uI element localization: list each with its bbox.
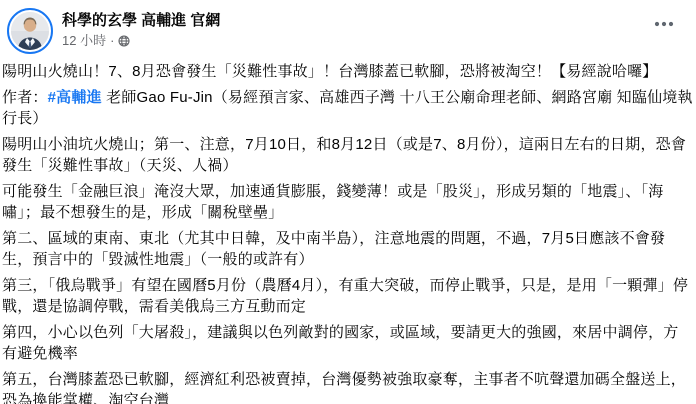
post-options-button[interactable] <box>650 12 678 32</box>
post-meta: 12 小時 · <box>62 33 220 49</box>
meta-separator: · <box>110 33 114 49</box>
timestamp-link[interactable]: 12 小時 <box>62 33 106 49</box>
post-paragraph-author: 作者：#高輔進 老師Gao Fu-Jin（易經預言家、高雄西子灣 十八王公廟命理… <box>2 87 693 129</box>
post-paragraph-4: 第三，「俄烏戰爭」有望在國曆5月份（農曆4月），有重大突破，而停止戰爭，只是，是… <box>2 275 693 317</box>
author-prefix: 作者： <box>2 89 48 106</box>
post-paragraph-6: 第五，台灣膝蓋恐已軟腳，經濟紅利恐被賣掉，台灣優勢被強取豪奪，主事者不吭聲還加碼… <box>2 369 693 404</box>
header-text: 科學的玄學 高輔進 官網 12 小時 · <box>62 8 220 49</box>
hashtag-link[interactable]: #高輔進 <box>48 89 102 106</box>
avatar[interactable] <box>7 8 53 54</box>
post-paragraph-5: 第四，小心以色列「大屠殺」，建議與以色列敵對的國家，或區域，要請更大的強國，來居… <box>2 322 693 364</box>
globe-icon <box>118 35 130 47</box>
avatar-photo-icon <box>11 12 49 50</box>
post-paragraph-1: 陽明山小油坑火燒山；第一、注意，7月10日，和8月12日（或是7、8月份），這兩… <box>2 134 693 176</box>
post-paragraph-title: 陽明山火燒山！7、8月恐會發生「災難性事故」！台灣膝蓋已軟腳，恐將被淘空！【易經… <box>2 61 693 82</box>
facebook-post: 科學的玄學 高輔進 官網 12 小時 · <box>0 0 696 404</box>
author-suffix: 老師Gao Fu-Jin（易經預言家、高雄西子灣 十八王公廟命理老師、網路宮廟 … <box>2 89 693 127</box>
post-body: 陽明山火燒山！7、8月恐會發生「災難性事故」！台灣膝蓋已軟腳，恐將被淘空！【易經… <box>0 61 696 404</box>
post-paragraph-3: 第二、區域的東南、東北（尤其中日韓，及中南半島），注意地震的問題，不過，7月5日… <box>2 228 693 270</box>
post-header: 科學的玄學 高輔進 官網 12 小時 · <box>0 0 696 54</box>
ellipsis-icon <box>654 15 674 30</box>
post-paragraph-2: 可能發生「金融巨浪」淹沒大眾，加速通貨膨脹，錢變薄！或是「股災」，形成另類的「地… <box>2 181 693 223</box>
page-name-link[interactable]: 科學的玄學 高輔進 官網 <box>62 11 220 30</box>
